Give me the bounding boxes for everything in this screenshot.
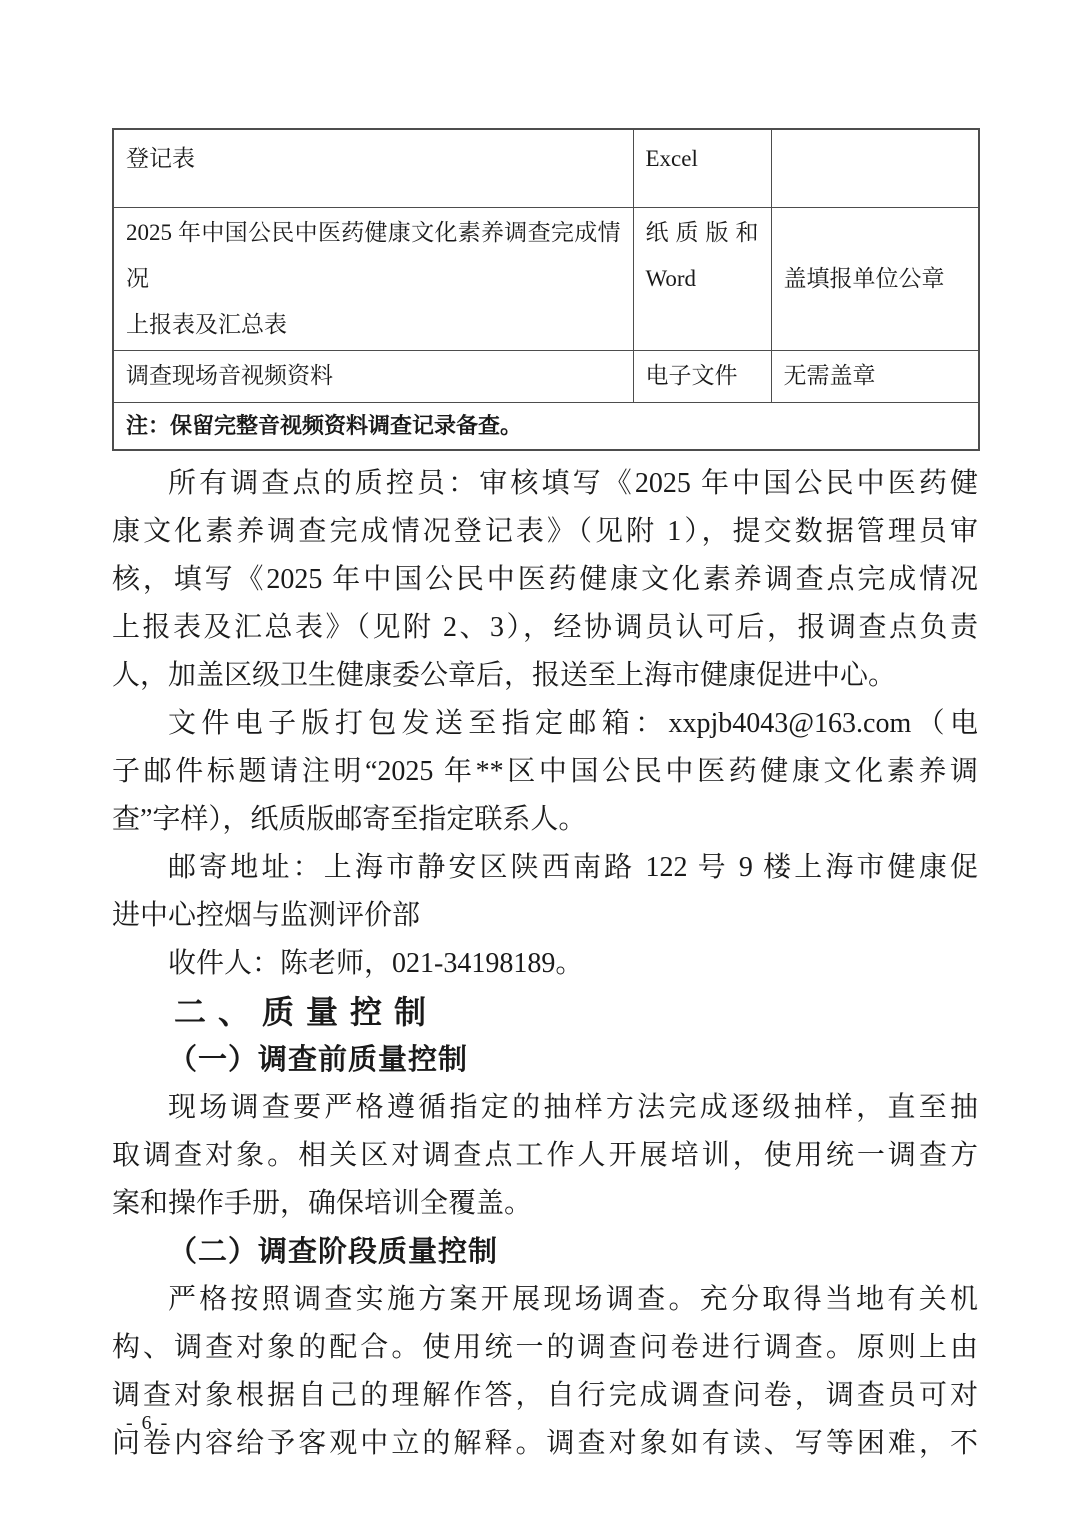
- paragraph-line: 查”字样），纸质版邮寄至指定联系人。: [112, 796, 978, 844]
- paragraph-line: 现场调查要严格遵循指定的抽样方法完成逐级抽样，直至抽: [112, 1084, 978, 1132]
- cell-text: Word: [646, 256, 759, 302]
- paragraph-line: 文件电子版打包发送至指定邮箱：xxpjb4043@163.com（电: [112, 700, 978, 748]
- table-note-cell: 注：保留完整音视频资料调查记录备查。: [113, 402, 979, 450]
- materials-format-table: 登记表 Excel 2025 年中国公民中医药健康文化素养调查完成情况 上报表及…: [112, 128, 980, 451]
- cell-text: 盖填报单位公章: [784, 256, 967, 302]
- table-row: 2025 年中国公民中医药健康文化素养调查完成情况 上报表及汇总表 纸质版和 W…: [113, 207, 979, 350]
- paragraph-line: 所有调查点的质控员：审核填写《2025 年中国公民中医药健: [112, 460, 978, 508]
- table-cell-empty: [771, 129, 979, 207]
- paragraph-line: 构、调查对象的配合。使用统一的调查问卷进行调查。原则上由: [112, 1324, 978, 1372]
- cell-text: 上报表及汇总表: [126, 302, 621, 348]
- table-cell: 电子文件: [633, 350, 771, 402]
- cell-text: 纸质版和: [646, 210, 759, 256]
- page-number: - 6 -: [126, 1412, 169, 1435]
- paragraph-mailing-address: 邮寄地址：上海市静安区陕西南路 122 号 9 楼上海市健康促 进中心控烟与监测…: [112, 844, 978, 940]
- paragraph-recipient: 收件人：陈老师，021-34198189。: [112, 940, 978, 988]
- table-cell: 登记表: [113, 129, 633, 207]
- paragraph-survey-stage-qc: 严格按照调查实施方案开展现场调查。充分取得当地有关机 构、调查对象的配合。使用统…: [112, 1276, 978, 1468]
- cell-text: 登记表: [126, 136, 621, 182]
- cell-text: Excel: [646, 136, 759, 182]
- paragraph-line: 案和操作手册，确保培训全覆盖。: [112, 1180, 978, 1228]
- subsection-heading-survey-stage-qc: （二）调查阶段质量控制: [112, 1228, 978, 1276]
- paragraph-line: 邮寄地址：上海市静安区陕西南路 122 号 9 楼上海市健康促: [112, 844, 978, 892]
- cell-text: 调查现场音视频资料: [126, 353, 621, 399]
- paragraph-line: 调查对象根据自己的理解作答，自行完成调查问卷，调查员可对: [112, 1372, 978, 1420]
- table-cell: Excel: [633, 129, 771, 207]
- document-page: 登记表 Excel 2025 年中国公民中医药健康文化素养调查完成情况 上报表及…: [0, 0, 1080, 1528]
- cell-text: 无需盖章: [784, 353, 967, 399]
- table-cell: 调查现场音视频资料: [113, 350, 633, 402]
- section-heading-quality-control: 二、质量控制: [112, 988, 978, 1036]
- table-note-text: 注：保留完整音视频资料调查记录备查。: [126, 413, 522, 438]
- paragraph-line: 子邮件标题请注明“2025 年**区中国公民中医药健康文化素养调: [112, 748, 978, 796]
- table-cell: 盖填报单位公章: [771, 207, 979, 350]
- paragraph-line: 康文化素养调查完成情况登记表》（见附 1），提交数据管理员审: [112, 508, 978, 556]
- subsection-heading-pre-survey-qc: （一）调查前质量控制: [112, 1036, 978, 1084]
- cell-text: 电子文件: [646, 353, 759, 399]
- paragraph-line: 核，填写《2025 年中国公民中医药健康文化素养调查点完成情况: [112, 556, 978, 604]
- paragraph-reporting-process: 所有调查点的质控员：审核填写《2025 年中国公民中医药健 康文化素养调查完成情…: [112, 460, 978, 700]
- document-content: 登记表 Excel 2025 年中国公民中医药健康文化素养调查完成情况 上报表及…: [112, 128, 978, 1468]
- paragraph-line: 人，加盖区级卫生健康委公章后，报送至上海市健康促进中心。: [112, 652, 978, 700]
- paragraph-line: 上报表及汇总表》（见附 2、3），经协调员认可后，报调查点负责: [112, 604, 978, 652]
- cell-text: 2025 年中国公民中医药健康文化素养调查完成情况: [126, 210, 621, 302]
- paragraph-line: 严格按照调查实施方案开展现场调查。充分取得当地有关机: [112, 1276, 978, 1324]
- paragraph-line: 取调查对象。相关区对调查点工作人开展培训，使用统一调查方: [112, 1132, 978, 1180]
- table-row: 登记表 Excel: [113, 129, 979, 207]
- paragraph-pre-survey-qc: 现场调查要严格遵循指定的抽样方法完成逐级抽样，直至抽 取调查对象。相关区对调查点…: [112, 1084, 978, 1228]
- paragraph-line: 收件人：陈老师，021-34198189。: [112, 940, 978, 988]
- paragraph-line: 问卷内容给予客观中立的解释。调查对象如有读、写等困难，不: [112, 1420, 978, 1468]
- paragraph-email-submission: 文件电子版打包发送至指定邮箱：xxpjb4043@163.com（电 子邮件标题…: [112, 700, 978, 844]
- table-cell: 2025 年中国公民中医药健康文化素养调查完成情况 上报表及汇总表: [113, 207, 633, 350]
- table-cell: 无需盖章: [771, 350, 979, 402]
- table-row: 调查现场音视频资料 电子文件 无需盖章: [113, 350, 979, 402]
- table-cell: 纸质版和 Word: [633, 207, 771, 350]
- paragraph-line: 进中心控烟与监测评价部: [112, 892, 978, 940]
- table-note-row: 注：保留完整音视频资料调查记录备查。: [113, 402, 979, 450]
